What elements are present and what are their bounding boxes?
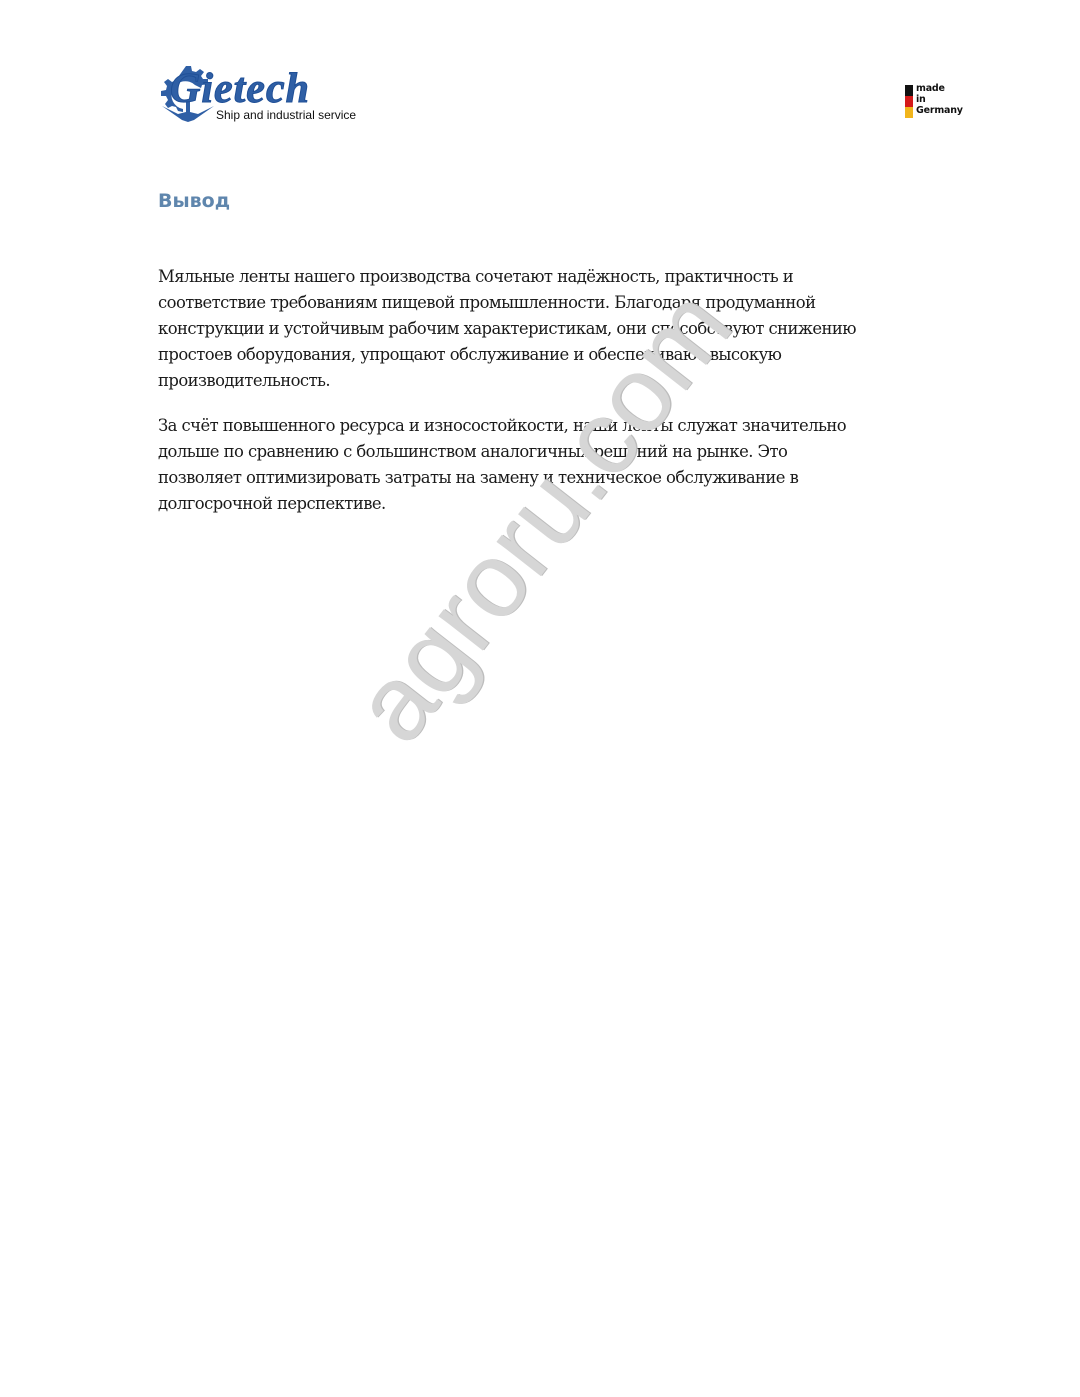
made-in-line: made: [916, 83, 963, 94]
flag-stripe-gold: [905, 107, 913, 118]
made-in-line: Germany: [916, 105, 963, 116]
flag-stripe-black: [905, 85, 913, 96]
logo-tagline: Ship and industrial service: [216, 108, 356, 122]
text-line: производительность.: [158, 368, 918, 394]
made-in-line: in: [916, 94, 963, 105]
made-in-germany-badge: made in Germany: [905, 85, 975, 121]
flag-stripe-red: [905, 96, 913, 107]
made-in-text: made in Germany: [916, 83, 963, 116]
section-heading: Вывод: [158, 190, 230, 212]
logo-wordmark: Gietech: [170, 66, 310, 112]
paragraph-conclusion-1: Мяльные ленты нашего производства сочета…: [158, 264, 918, 394]
text-line: соответствие требованиям пищевой промышл…: [158, 290, 918, 316]
text-line: Мяльные ленты нашего производства сочета…: [158, 264, 918, 290]
text-line: простоев оборудования, упрощают обслужив…: [158, 342, 918, 368]
text-line: конструкции и устойчивым рабочим характе…: [158, 316, 918, 342]
company-logo: Gietech Ship and industrial service: [156, 62, 366, 126]
